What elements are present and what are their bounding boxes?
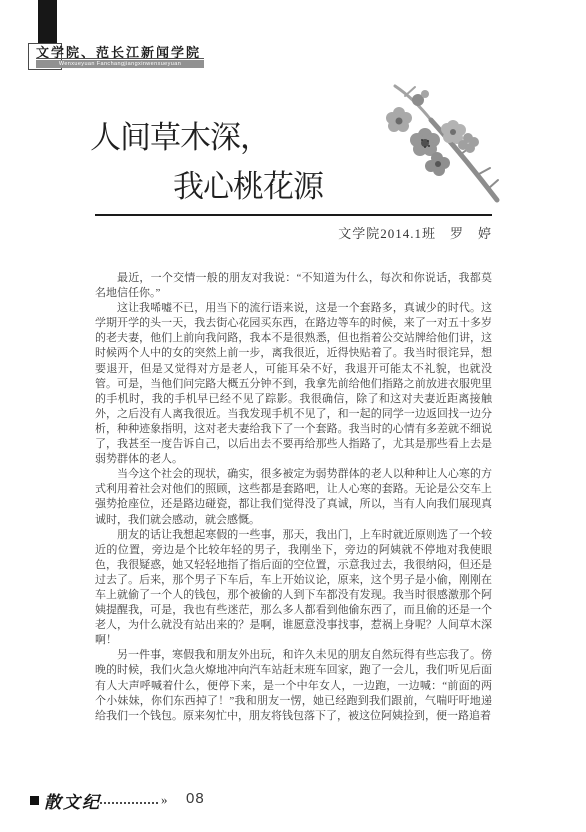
article-title: 人间草木深， 我心桃花源 <box>90 112 323 210</box>
footer-arrow-icon: » <box>161 792 168 808</box>
paragraph: 当今这个社会的现状，确实，很多被定为弱势群体的老人以种种让人心寒的方式利用着社会… <box>95 467 492 527</box>
header-underline <box>36 58 204 59</box>
paragraph: 另一件事，寒假我和朋友外出玩，和许久未见的朋友自然玩得有些忘我了。傍晚的时候，我… <box>95 648 492 723</box>
article-title-line1: 人间草木深， <box>90 112 323 164</box>
plum-blossom-illustration <box>365 80 505 208</box>
header-department-pinyin: Wenxueyuan Fanchangjiangxinwenxueyuan <box>36 60 204 68</box>
paragraph: 最近，一个交情一般的朋友对我说：“不知道为什么，每次和你说话，我都莫名地信任你。… <box>95 271 492 301</box>
article-byline: 文学院2014.1班 罗 婷 <box>95 223 492 242</box>
magazine-page: 文学院、范长江新闻学院 Wenxueyuan Fanchangjiangxinw… <box>0 0 586 832</box>
footer-dotted-leader <box>100 794 158 804</box>
paragraph: 这让我唏嘘不已，用当下的流行语来说，这是一个套路多，真诚少的时代。这学期开学的头… <box>95 301 492 467</box>
article-title-line2: 我心桃花源 <box>173 164 323 210</box>
title-divider-rule <box>95 214 492 216</box>
footer-page-number: 08 <box>186 790 205 807</box>
article-body: 最近，一个交情一般的朋友对我说：“不知道为什么，每次和你说话，我都莫名地信任你。… <box>95 271 492 724</box>
footer-square-marker <box>30 796 39 805</box>
header-black-bar <box>38 0 57 44</box>
footer-section-name: 散文纪 <box>44 788 101 813</box>
paragraph: 朋友的话让我想起寒假的一些事，那天，我出门，上车时就近原则选了一个较近的位置，旁… <box>95 528 492 649</box>
